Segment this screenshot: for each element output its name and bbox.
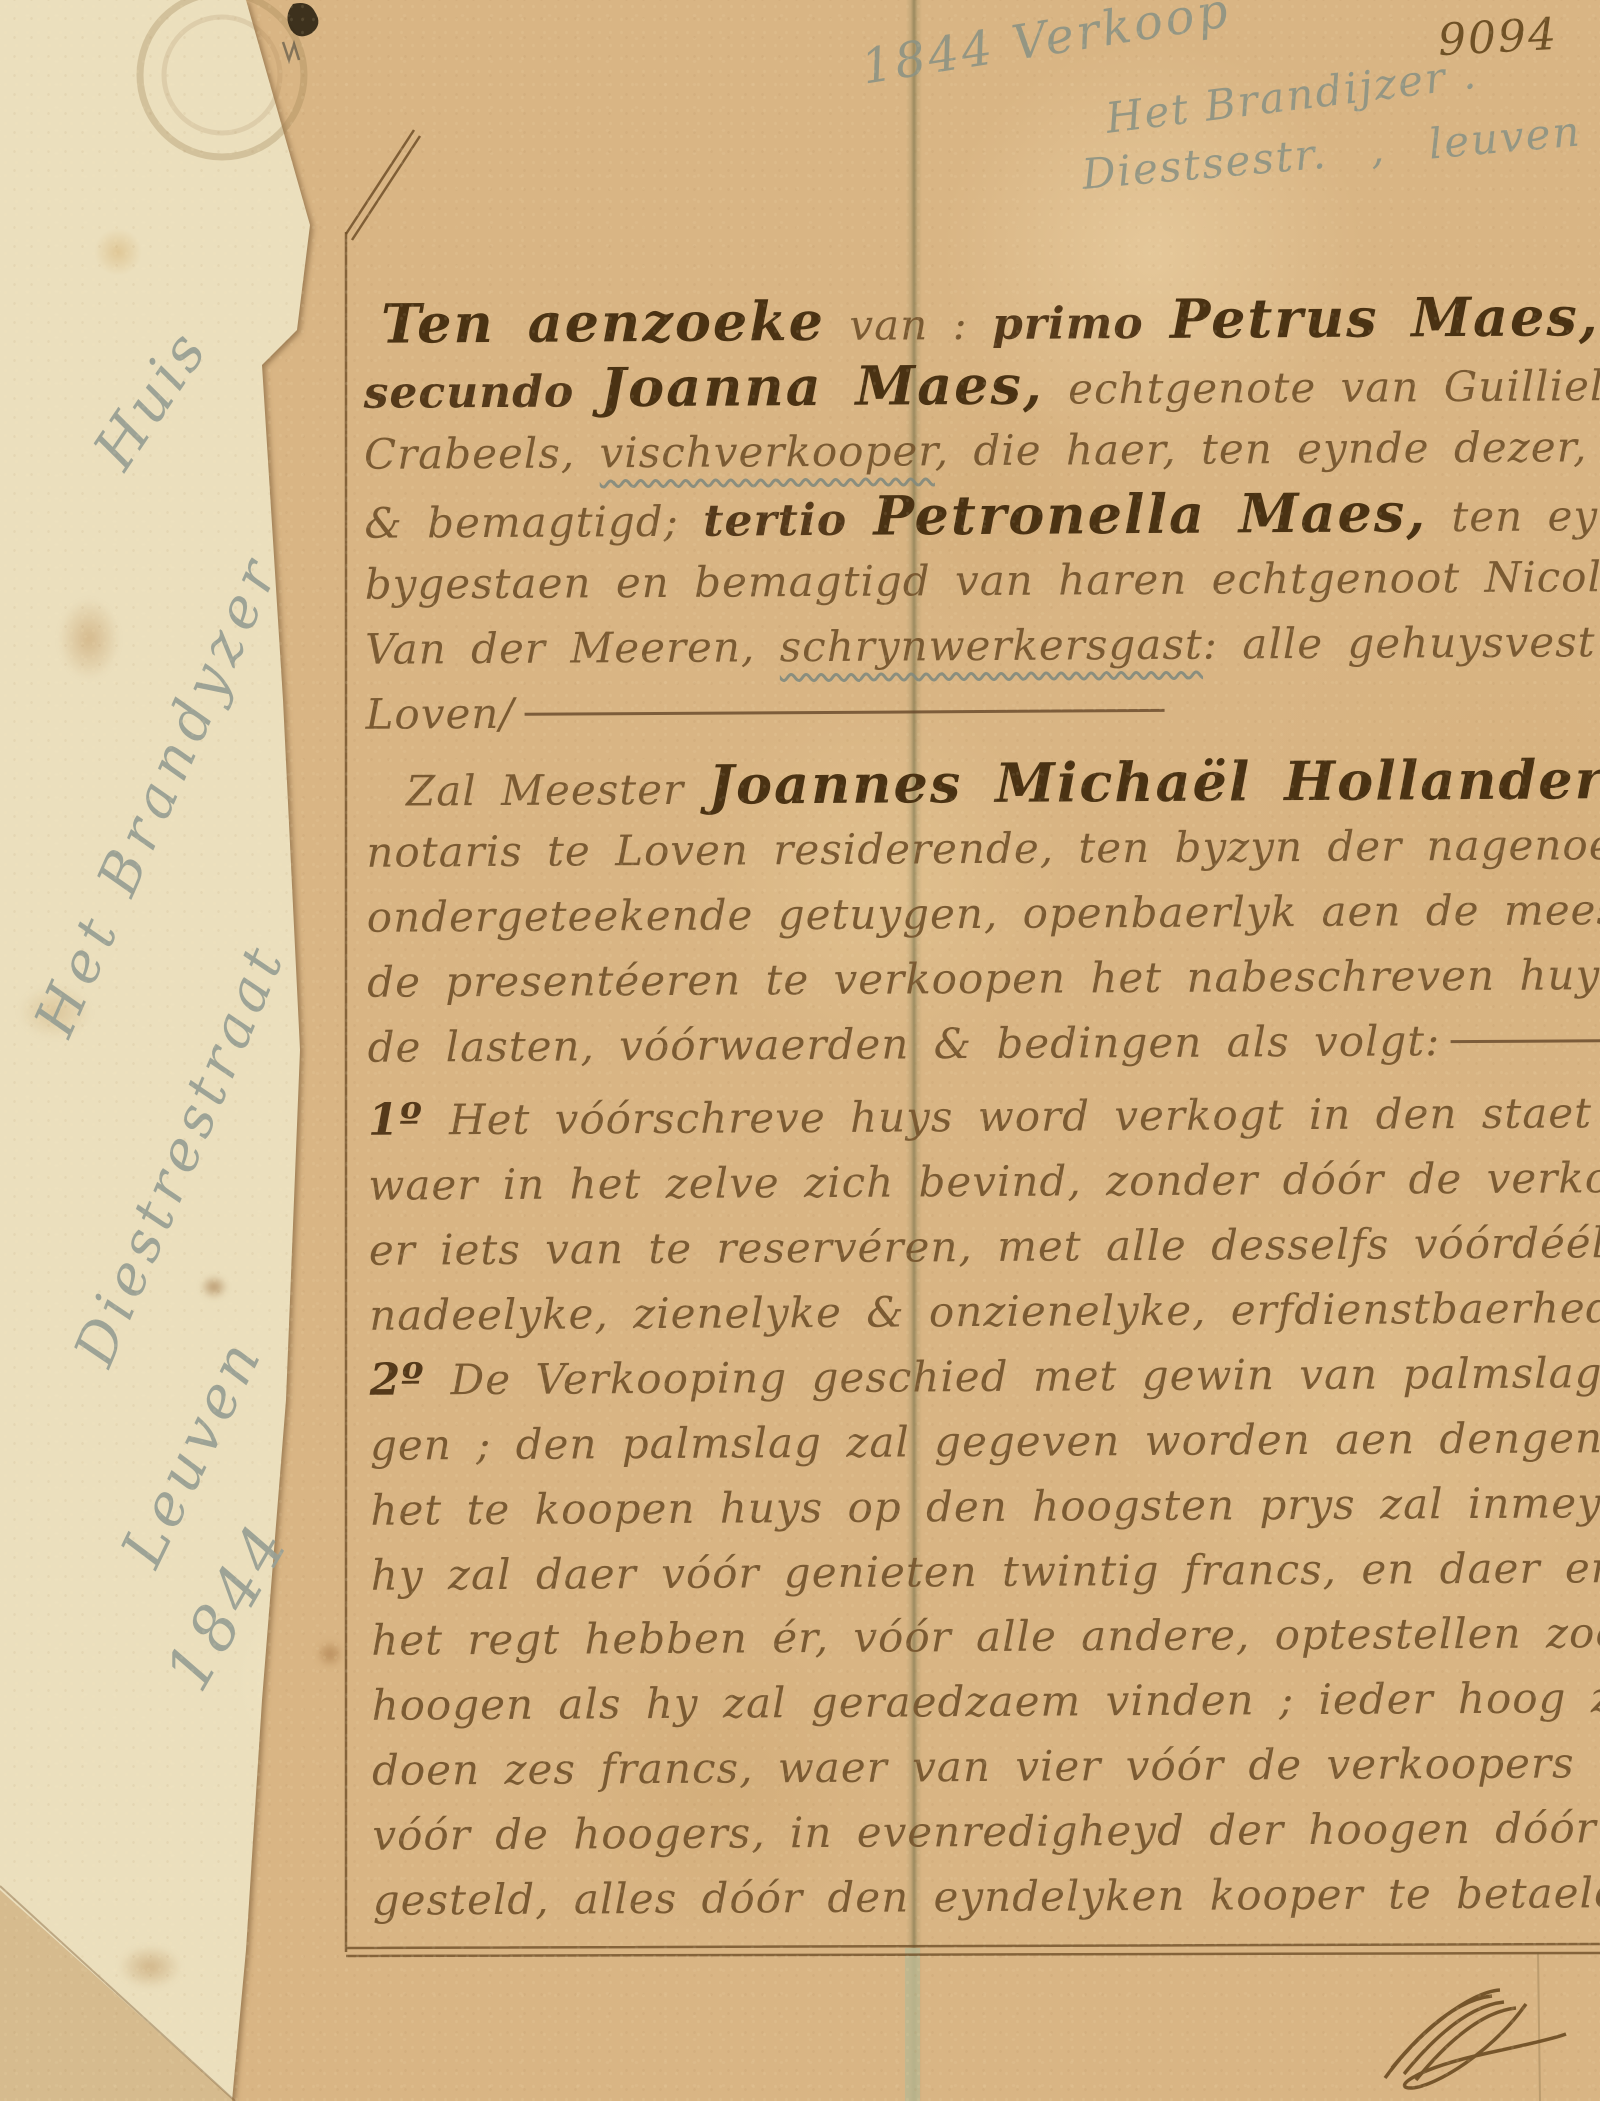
- manuscript-text-segment: Petrus Maes,: [1170, 284, 1600, 351]
- manuscript-text-segment: : alle gehuysvest te: [1203, 617, 1600, 669]
- manuscript-text-segment: van :: [825, 300, 992, 350]
- center-fold-tape: [905, 1948, 920, 2101]
- manuscript-text-segment: De Verkooping geschied met gewin van pal…: [450, 1347, 1600, 1404]
- manuscript-text-segment: hy zal daer vóór genieten twintig francs…: [371, 1542, 1600, 1600]
- manuscript-line: hoogen als hy zal geraedzaem vinden ; ie…: [371, 1665, 1600, 1738]
- paper-stain: [58, 598, 120, 680]
- manuscript-line: er iets van te reservéren, met alle dess…: [369, 1210, 1600, 1283]
- manuscript-text-segment: schrynwerkersgast: [780, 620, 1203, 672]
- manuscript-line: Van der Meeren, schrynwerkersgast: alle …: [365, 609, 1597, 682]
- manuscript-line: Ten aenzoeke van : primo Petrus Maes, kl…: [381, 284, 1595, 356]
- manuscript-line: 2º De Verkooping geschied met gewin van …: [369, 1340, 1600, 1413]
- manuscript-text-segment: Loven/: [365, 689, 514, 739]
- manuscript-line: de lasten, vóórwaerden & bedingen als vo…: [367, 1007, 1599, 1080]
- manuscript-text-segment: nadeelyke, zienelyke & onzienelyke, erfd…: [369, 1282, 1600, 1339]
- manuscript-line: het regt hebben ér, vóór alle andere, op…: [371, 1600, 1600, 1673]
- manuscript-text-segment: echtgenote van Guillielmus: [1044, 361, 1600, 414]
- manuscript-text-segment: het regt hebben ér, vóór alle andere, op…: [371, 1607, 1600, 1664]
- manuscript-text-segment: Petronella Maes,: [873, 480, 1427, 547]
- paper-stain: [118, 1945, 182, 1989]
- manuscript-text-segment: vischverkooper: [599, 426, 934, 477]
- manuscript-text-segment: Joannes Michaël Hollanders,: [708, 747, 1600, 817]
- manuscript-line: gen ; den palmslag zal gegeven worden ae…: [370, 1405, 1600, 1478]
- manuscript-text-segment: Zal Meester: [406, 765, 709, 816]
- manuscript-text-segment: 2º: [369, 1354, 450, 1405]
- manuscript-text-segment: Het vóórschreve huys word verkogt in den…: [449, 1088, 1592, 1144]
- manuscript-line: Loven/: [365, 674, 1597, 747]
- manuscript-text-segment: tertio: [703, 495, 874, 547]
- archive-number: 9094: [1437, 9, 1559, 66]
- manuscript-text-segment: Van der Meeren,: [365, 622, 780, 674]
- manuscript-line: hy zal daer vóór genieten twintig francs…: [371, 1535, 1600, 1608]
- manuscript-text-segment: secundo: [363, 366, 600, 418]
- manuscript-page: { "page": { "archive_number": "9094" }, …: [0, 0, 1600, 2101]
- manuscript-line: de presentéeren te verkoopen het nabesch…: [367, 942, 1599, 1015]
- manuscript-line: Zal Meester Joannes Michaël Hollanders,: [406, 747, 1598, 819]
- manuscript-text-segment: bygestaen en bemagtigd van haren echtgen…: [365, 552, 1600, 609]
- manuscript-line: 1º Het vóórschreve huys word verkogt in …: [368, 1080, 1600, 1153]
- manuscript-line: secundo Joanna Maes, echtgenote van Guil…: [363, 349, 1595, 422]
- manuscript-text-segment: de lasten, vóórwaerden & bedingen als vo…: [367, 1016, 1440, 1072]
- manuscript-line: waer in het zelve zich bevind, zonder dó…: [368, 1145, 1600, 1218]
- paper-stain: [200, 1275, 228, 1299]
- manuscript-line: vóór de hoogers, in evenredigheyd der ho…: [372, 1795, 1600, 1868]
- manuscript-text-segment: vóór de hoogers, in evenredigheyd der ho…: [372, 1802, 1600, 1860]
- manuscript-line: het te koopen huys op den hoogsten prys …: [370, 1470, 1600, 1543]
- ink-rule: [1450, 1039, 1600, 1043]
- manuscript-text-segment: hoogen als hy zal geraedzaem vinden ; ie…: [371, 1673, 1600, 1730]
- paper-stain: [316, 1640, 344, 1668]
- manuscript-text-segment: Crabeels,: [364, 428, 600, 478]
- manuscript-text-segment: notaris te Loven residerende, ten byzyn …: [366, 819, 1600, 877]
- manuscript-line: notaris te Loven residerende, ten byzyn …: [366, 812, 1598, 885]
- manuscript-text-segment: gen ; den palmslag zal gegeven worden ae…: [370, 1412, 1600, 1469]
- manuscript-line: nadeelyke, zienelyke & onzienelyke, erfd…: [369, 1275, 1600, 1348]
- manuscript-text-segment: Ten aenzoeke: [381, 289, 825, 356]
- manuscript-text-segment: , die haer, ten eynde dezer, by staet: [935, 421, 1600, 475]
- manuscript-text-segment: & bemagtigd;: [364, 497, 703, 548]
- ink-rule: [525, 709, 1165, 716]
- manuscript-line: doen zes francs, waer van vier vóór de v…: [372, 1730, 1600, 1803]
- manuscript-text-segment: de presentéeren te verkoopen het nabesch…: [367, 950, 1600, 1007]
- manuscript-text: Ten aenzoeke van : primo Petrus Maes, kl…: [363, 284, 1600, 1932]
- manuscript-text-segment: Joanna Maes,: [600, 353, 1044, 420]
- manuscript-line: bygestaen en bemagtigd van haren echtgen…: [365, 544, 1597, 617]
- manuscript-text-segment: het te koopen huys op den hoogsten prys …: [370, 1478, 1600, 1535]
- manuscript-text-segment: ondergeteekende getuygen, openbaerlyk ae…: [367, 884, 1600, 942]
- manuscript-text-segment: gesteld, alles dóór den eyndelyken koope…: [373, 1868, 1600, 1925]
- manuscript-text-segment: waer in het zelve zich bevind, zonder dó…: [368, 1152, 1600, 1209]
- manuscript-line: Crabeels, vischverkooper, die haer, ten …: [364, 414, 1596, 487]
- manuscript-text-segment: primo: [992, 298, 1170, 350]
- manuscript-text-segment: er iets van te reservéren, met alle dess…: [369, 1217, 1600, 1274]
- manuscript-text-segment: 1º: [368, 1094, 449, 1145]
- manuscript-line: & bemagtigd; tertio Petronella Maes, ten…: [364, 479, 1596, 552]
- manuscript-line: gesteld, alles dóór den eyndelyken koope…: [373, 1860, 1600, 1933]
- manuscript-text-segment: ten eynde dezer,: [1427, 490, 1600, 542]
- manuscript-text-segment: doen zes francs, waer van vier vóór de v…: [372, 1737, 1600, 1795]
- manuscript-line: ondergeteekende getuygen, openbaerlyk ae…: [367, 877, 1599, 950]
